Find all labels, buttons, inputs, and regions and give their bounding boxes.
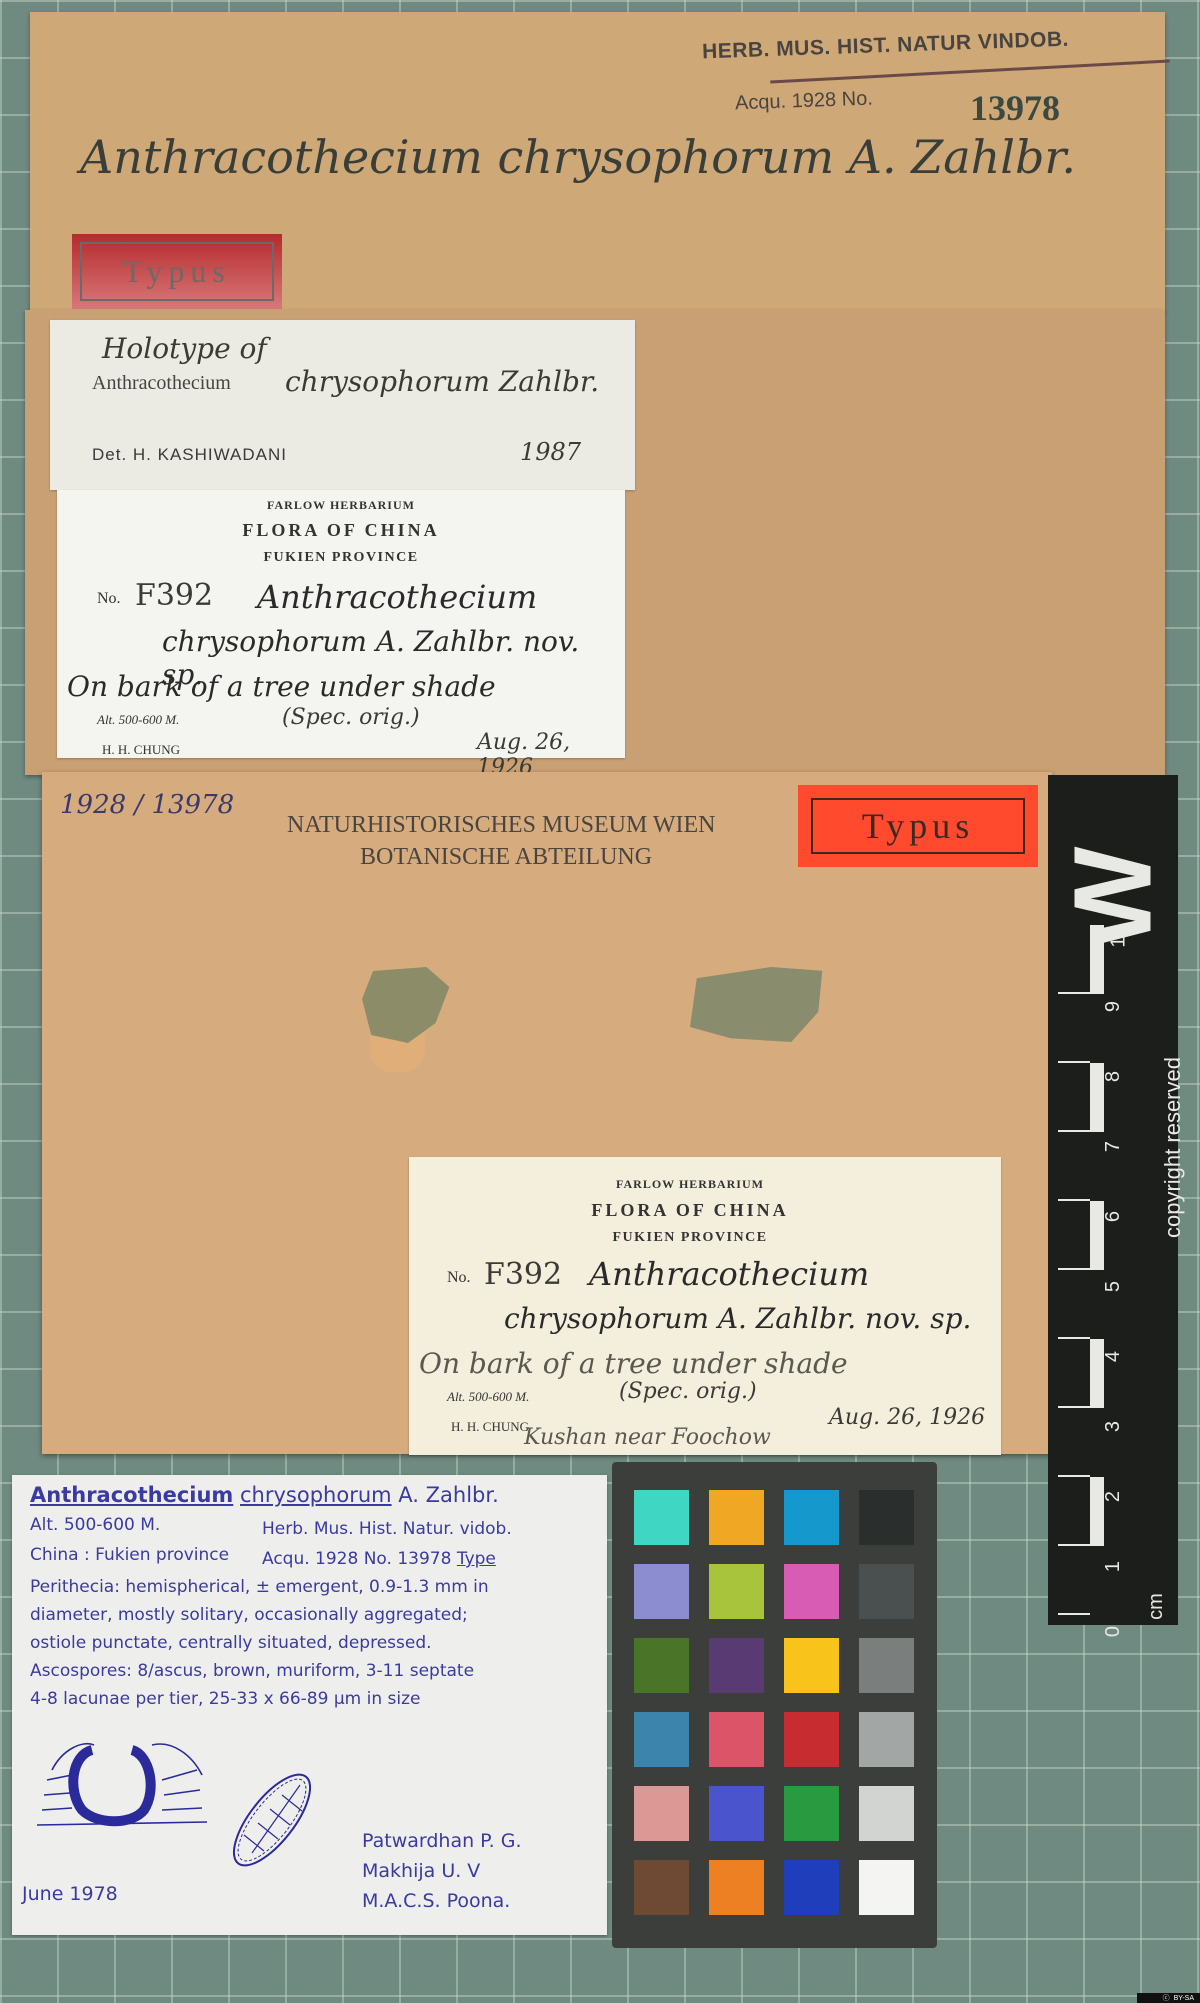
- author-3: M.A.C.S. Poona.: [362, 1890, 510, 1912]
- color-swatch: [784, 1786, 839, 1841]
- typus-label: Typus: [798, 785, 1038, 867]
- annotation-accession: Acqu. 1928 No. 13978 Type: [262, 1549, 496, 1569]
- herbarium-stamp-line2: Acqu. 1928 No.: [735, 88, 874, 116]
- museum-stamp-line2: BOTANISCHE ABTEILUNG: [360, 844, 652, 871]
- tick-0: 0: [1102, 1626, 1125, 1637]
- farlow-label-bottom: FARLOW HERBARIUM FLORA OF CHINA FUKIEN P…: [409, 1157, 1001, 1455]
- color-swatch: [709, 1712, 764, 1767]
- collection-number: F392: [135, 578, 213, 613]
- copyright-text: copyright reserved: [1160, 1038, 1186, 1238]
- description-line3: ostiole punctate, centrally situated, de…: [30, 1633, 432, 1653]
- annotation-altitude: Alt. 500-600 M.: [30, 1515, 160, 1535]
- handwritten-taxon-name: Anthracothecium chrysophorum A. Zahlbr.: [80, 130, 1076, 184]
- typus-label-text: Typus: [811, 798, 1025, 854]
- tick-3: 3: [1102, 1421, 1125, 1432]
- tick-6: 6: [1102, 1211, 1125, 1222]
- type-word: Type: [457, 1549, 496, 1569]
- color-swatch: [859, 1490, 914, 1545]
- tick-7: 7: [1102, 1141, 1125, 1152]
- typus-label-faded-text: Typus: [80, 242, 274, 301]
- color-swatch: [709, 1490, 764, 1545]
- color-swatch: [709, 1786, 764, 1841]
- sheet-reference-number: 1928 / 13978: [60, 790, 234, 820]
- color-chart: [612, 1462, 937, 1948]
- province-header: FUKIEN PROVINCE: [57, 550, 625, 566]
- folder-top: HERB. MUS. HIST. NATUR VINDOB. Acqu. 192…: [30, 12, 1165, 312]
- determination-year: 1987: [520, 438, 581, 466]
- annotation-label: Anthracothecium chrysophorum A. Zahlbr. …: [12, 1475, 607, 1935]
- color-swatch: [634, 1786, 689, 1841]
- spec-orig-note: (Spec. orig.): [619, 1379, 757, 1404]
- tick-5: 5: [1102, 1281, 1125, 1292]
- color-swatch: [859, 1564, 914, 1619]
- taxon-line1: Anthracothecium: [257, 578, 537, 616]
- tick-10: 10: [1108, 925, 1131, 947]
- color-swatch: [784, 1860, 839, 1915]
- tick-8: 8: [1102, 1071, 1125, 1082]
- color-swatch: [859, 1638, 914, 1693]
- tick-9: 9: [1102, 1001, 1125, 1012]
- tick-1: 1: [1102, 1561, 1125, 1572]
- farlow-header: FARLOW HERBARIUM: [379, 1177, 1001, 1192]
- license-text: BY-SA: [1174, 1995, 1194, 2002]
- scale-bar: W copyright reserved 10 9 8 7 6 5 4 3 2 …: [1048, 775, 1178, 1625]
- accession-text: Acqu. 1928 No. 13978: [262, 1549, 451, 1569]
- description-line4: Ascospores: 8/ascus, brown, muriform, 3-…: [30, 1661, 474, 1681]
- holotype-handwritten: Holotype of: [102, 332, 267, 365]
- collection-number: F392: [484, 1257, 562, 1292]
- accession-number: 13978: [970, 87, 1060, 129]
- taxon-line1: Anthracothecium: [589, 1255, 869, 1293]
- altitude: Alt. 500-600 M.: [447, 1389, 529, 1405]
- unit-label: cm: [1145, 1593, 1168, 1620]
- license-badge: ⓒ BY-SA: [1137, 1993, 1200, 2003]
- ascospore-drawing-icon: [222, 1765, 322, 1875]
- title-genus: Anthracothecium: [30, 1483, 233, 1507]
- color-swatch: [634, 1712, 689, 1767]
- tick-4: 4: [1102, 1351, 1125, 1362]
- scale-numbers: 10 9 8 7 6 5 4 3 2 1 0: [1108, 925, 1138, 1625]
- museum-stamp-line1: NATURHISTORISCHES MUSEUM WIEN: [287, 812, 715, 839]
- specimen-fragment-right: [690, 967, 825, 1042]
- color-swatch: [709, 1860, 764, 1915]
- locality: Kushan near Foochow: [524, 1425, 771, 1450]
- title-author: A. Zahlbr.: [398, 1483, 498, 1507]
- description-line2: diameter, mostly solitary, occasionally …: [30, 1605, 468, 1625]
- title-species: chrysophorum: [240, 1483, 392, 1507]
- specimen-fragment-left: [362, 967, 454, 1057]
- spec-orig-note: (Spec. orig.): [282, 705, 420, 730]
- color-swatch: [859, 1712, 914, 1767]
- color-swatch: [709, 1638, 764, 1693]
- collector: H. H. CHUNG: [451, 1419, 529, 1435]
- color-swatch: [859, 1786, 914, 1841]
- farlow-label-top: FARLOW HERBARIUM FLORA OF CHINA FUKIEN P…: [57, 490, 625, 758]
- color-swatch: [709, 1564, 764, 1619]
- collector: H. H. CHUNG: [102, 742, 180, 758]
- habitat: On bark of a tree under shade: [67, 670, 496, 703]
- color-swatch: [784, 1712, 839, 1767]
- no-label: No.: [447, 1269, 471, 1287]
- herbarium-stamp-line1: HERB. MUS. HIST. NATUR VINDOB.: [702, 28, 1070, 65]
- author-1: Patwardhan P. G.: [362, 1830, 522, 1852]
- cc-icon: ⓒ: [1163, 1993, 1170, 2003]
- author-2: Makhija U. V: [362, 1860, 480, 1882]
- flora-header: FLORA OF CHINA: [379, 1200, 1001, 1221]
- annotation-herbarium: Herb. Mus. Hist. Natur. vidob.: [262, 1519, 512, 1539]
- scale-ticks: [1058, 925, 1103, 1615]
- stamp-underline: [770, 60, 1170, 84]
- color-swatch: [634, 1638, 689, 1693]
- farlow-header: FARLOW HERBARIUM: [57, 498, 625, 513]
- determiner: Det. H. KASHIWADANI: [92, 445, 287, 465]
- collection-date: Aug. 26, 1926: [829, 1405, 985, 1430]
- color-swatch: [784, 1638, 839, 1693]
- color-swatch: [859, 1860, 914, 1915]
- habitat: On bark of a tree under shade: [419, 1347, 848, 1380]
- no-label: No.: [97, 590, 121, 608]
- tick-2: 2: [1102, 1491, 1125, 1502]
- color-swatch: [784, 1490, 839, 1545]
- typus-label-faded: Typus: [72, 234, 282, 309]
- specimen-sheet: 1928 / 13978 NATURHISTORISCHES MUSEUM WI…: [42, 772, 1052, 1454]
- altitude: Alt. 500-600 M.: [97, 712, 179, 728]
- species-handwritten: chrysophorum Zahlbr.: [285, 365, 599, 398]
- annotation-locality: China : Fukien province: [30, 1545, 229, 1565]
- description-line5: 4-8 lacunae per tier, 25-33 x 66-89 µm i…: [30, 1689, 421, 1709]
- folder-middle: Holotype of Anthracothecium chrysophorum…: [25, 310, 1165, 775]
- color-swatch: [634, 1860, 689, 1915]
- color-swatch: [784, 1564, 839, 1619]
- annotation-date: June 1978: [22, 1883, 118, 1905]
- annotation-title: Anthracothecium chrysophorum A. Zahlbr.: [30, 1483, 499, 1507]
- color-swatch: [634, 1564, 689, 1619]
- genus-printed: Anthracothecium: [92, 372, 231, 395]
- perithecium-drawing-icon: [32, 1730, 212, 1835]
- province-header: FUKIEN PROVINCE: [379, 1230, 1001, 1246]
- taxon-line2: chrysophorum A. Zahlbr. nov. sp.: [504, 1302, 971, 1335]
- holotype-label: Holotype of Anthracothecium chrysophorum…: [50, 320, 635, 490]
- color-swatch: [634, 1490, 689, 1545]
- flora-header: FLORA OF CHINA: [57, 520, 625, 541]
- description-line1: Perithecia: hemispherical, ± emergent, 0…: [30, 1577, 489, 1597]
